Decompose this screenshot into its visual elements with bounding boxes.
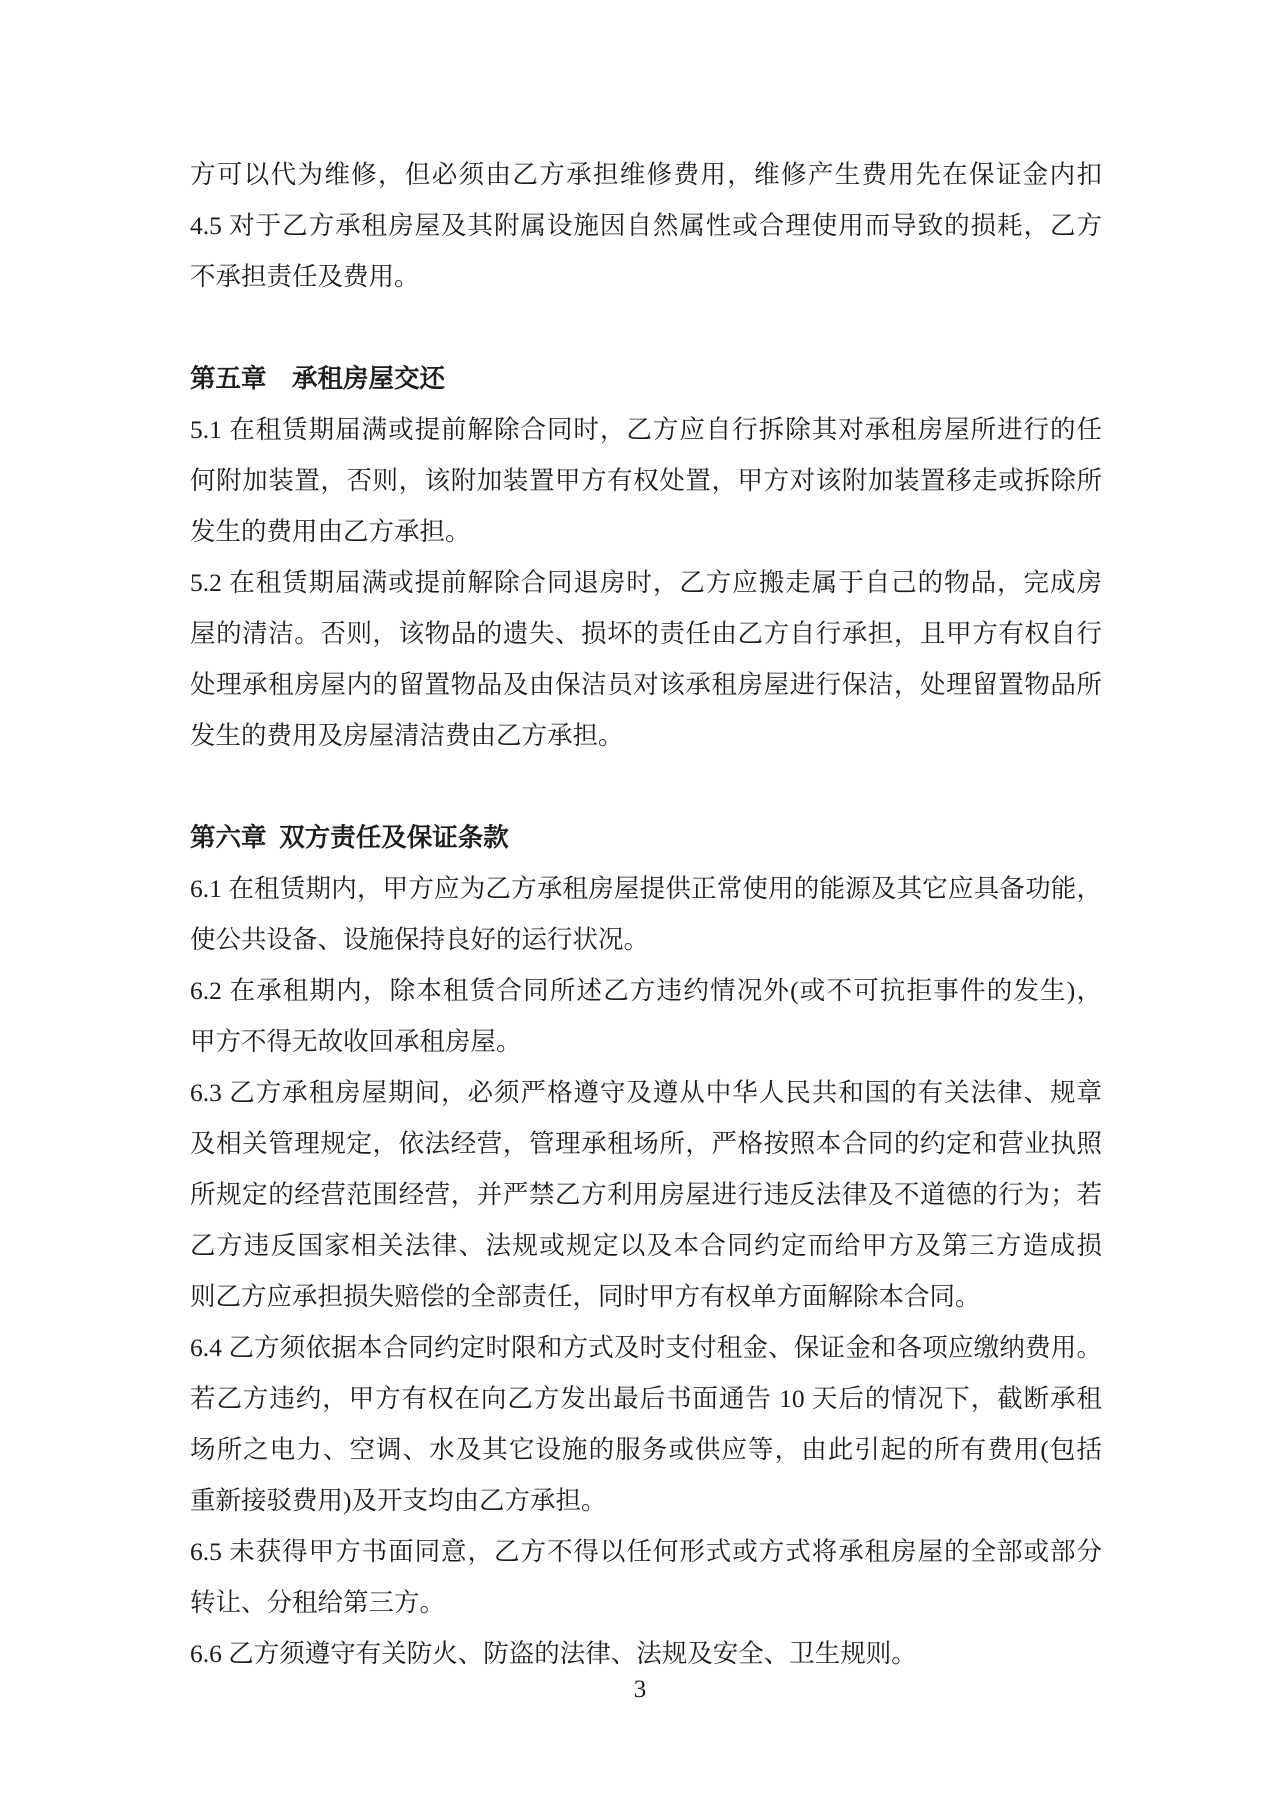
- text-line: 6.1 在租赁期内，甲方应为乙方承租房屋提供正常使用的能源及其它应具备功能，: [190, 863, 1102, 914]
- text-line: 所规定的经营范围经营，并严禁乙方利用房屋进行违反法律及不道德的行为；若: [190, 1169, 1102, 1220]
- text-line: 若乙方违约，甲方有权在向乙方发出最后书面通告 10 天后的情况下，截断承租: [190, 1373, 1102, 1424]
- text-line: 何附加装置，否则，该附加装置甲方有权处置，甲方对该附加装置移走或拆除所: [190, 455, 1102, 506]
- text-line: 处理承租房屋内的留置物品及由保洁员对该承租房屋进行保洁，处理留置物品所: [190, 659, 1102, 710]
- text-line: 5.1 在租赁期届满或提前解除合同时，乙方应自行拆除其对承租房屋所进行的任: [190, 404, 1102, 455]
- contract-body: 方可以代为维修，但必须由乙方承担维修费用，维修产生费用先在保证金内扣除。 4.5…: [190, 149, 1102, 1679]
- page-number: 3: [0, 1676, 1280, 1704]
- text-line: 甲方不得无故收回承租房屋。: [190, 1016, 1102, 1067]
- text-line: 转让、分租给第三方。: [190, 1577, 1102, 1628]
- text-line: 使公共设备、设施保持良好的运行状况。: [190, 914, 1102, 965]
- text-line: 则乙方应承担损失赔偿的全部责任，同时甲方有权单方面解除本合同。: [190, 1271, 1102, 1322]
- text-line: 不承担责任及费用。: [190, 251, 1102, 302]
- blank-line: [190, 302, 1102, 353]
- text-line: 6.5 未获得甲方书面同意，乙方不得以任何形式或方式将承租房屋的全部或部分: [190, 1526, 1102, 1577]
- section-heading-chapter-5: 第五章 承租房屋交还: [190, 353, 1102, 404]
- text-line: 乙方违反国家相关法律、法规或规定以及本合同约定而给甲方及第三方造成损失，: [190, 1220, 1102, 1271]
- text-line: 5.2 在租赁期届满或提前解除合同退房时，乙方应搬走属于自己的物品，完成房: [190, 557, 1102, 608]
- text-line: 屋的清洁。否则，该物品的遗失、损坏的责任由乙方自行承担，且甲方有权自行: [190, 608, 1102, 659]
- section-heading-chapter-6: 第六章 双方责任及保证条款: [190, 812, 1102, 863]
- text-line: 6.6 乙方须遵守有关防火、防盗的法律、法规及安全、卫生规则。: [190, 1628, 1102, 1679]
- text-line: 4.5 对于乙方承租房屋及其附属设施因自然属性或合理使用而导致的损耗，乙方: [190, 200, 1102, 251]
- blank-line: [190, 761, 1102, 812]
- text-line: 发生的费用及房屋清洁费由乙方承担。: [190, 710, 1102, 761]
- text-line: 及相关管理规定，依法经营，管理承租场所，严格按照本合同的约定和营业执照: [190, 1118, 1102, 1169]
- text-line: 方可以代为维修，但必须由乙方承担维修费用，维修产生费用先在保证金内扣除。: [190, 149, 1102, 200]
- text-line: 6.3 乙方承租房屋期间，必须严格遵守及遵从中华人民共和国的有关法律、规章: [190, 1067, 1102, 1118]
- text-line: 场所之电力、空调、水及其它设施的服务或供应等，由此引起的所有费用(包括: [190, 1424, 1102, 1475]
- document-page: 方可以代为维修，但必须由乙方承担维修费用，维修产生费用先在保证金内扣除。 4.5…: [0, 0, 1280, 1810]
- text-line: 6.4 乙方须依据本合同约定时限和方式及时支付租金、保证金和各项应缴纳费用。: [190, 1322, 1102, 1373]
- text-line: 发生的费用由乙方承担。: [190, 506, 1102, 557]
- text-line: 重新接驳费用)及开支均由乙方承担。: [190, 1475, 1102, 1526]
- text-line: 6.2 在承租期内，除本租赁合同所述乙方违约情况外(或不可抗拒事件的发生)，: [190, 965, 1102, 1016]
